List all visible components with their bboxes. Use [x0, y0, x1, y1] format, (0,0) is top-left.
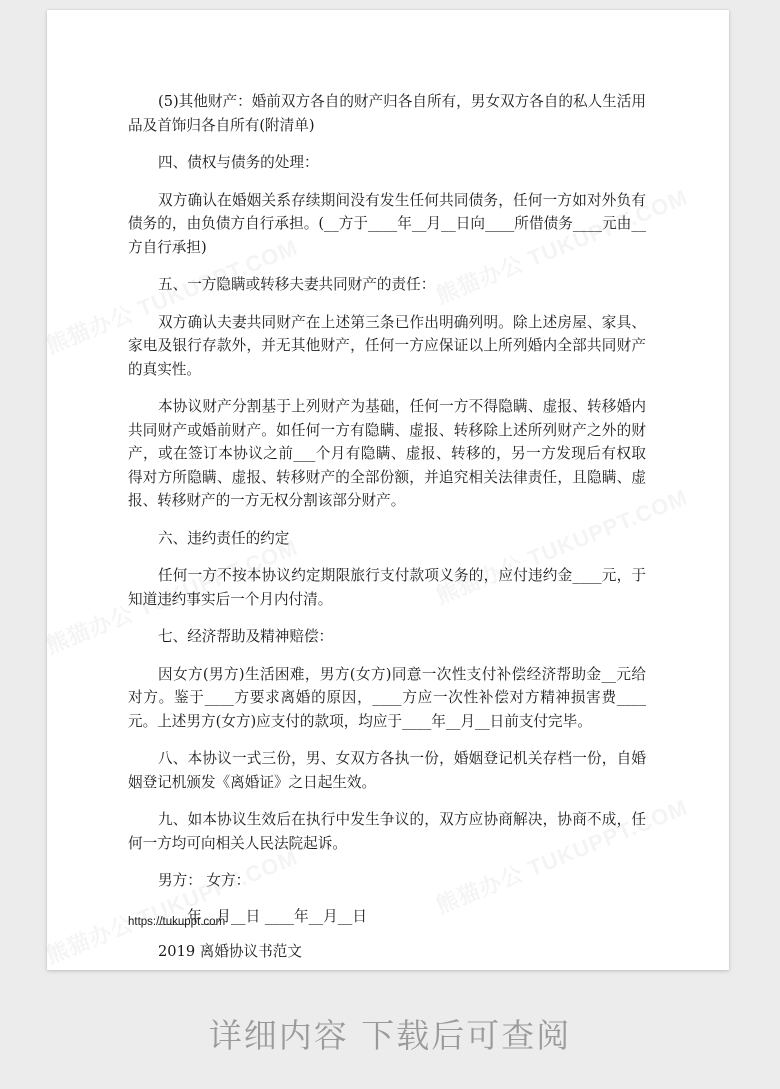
- paragraph-copies: 八、本协议一式三份，男、女双方各执一份，婚姻登记机关存档一份，自婚姻登记机颁发《…: [128, 747, 646, 794]
- heading-debts: 四、债权与债务的处理：: [128, 151, 646, 175]
- paragraph-breach: 任何一方不按本协议约定期限旅行支付款项义务的，应付违约金____元，于知道违约事…: [128, 564, 646, 611]
- footer-url: https://tukuppt.com: [128, 916, 225, 928]
- heading-breach: 六、违约责任的约定: [128, 527, 646, 551]
- paragraph-other-property: (5)其他财产：婚前双方各自的财产归各自所有，男女双方各自的私人生活用品及首饰归…: [128, 90, 646, 137]
- download-prompt: 详细内容 下载后可查阅: [0, 1010, 780, 1057]
- section-title: 2019 离婚协议书范文: [128, 940, 646, 964]
- heading-compensation: 七、经济帮助及精神赔偿：: [128, 625, 646, 649]
- paragraph-property-division: 本协议财产分割基于上列财产为基础，任何一方不得隐瞒、虚报、转移婚内共同财产或婚前…: [128, 395, 646, 513]
- paragraph-disputes: 九、如本协议生效后在执行中发生争议的，双方应协商解决，协商不成，任何一方均可向相…: [128, 808, 646, 855]
- document-body: (5)其他财产：婚前双方各自的财产归各自所有，男女双方各自的私人生活用品及首饰归…: [128, 90, 646, 970]
- signature-labels: 男方： 女方：: [128, 869, 646, 893]
- paragraph-compensation: 因女方(男方)生活困难，男方(女方)同意一次性支付补偿经济帮助金__元给对方。鉴…: [128, 663, 646, 734]
- document-page: 熊猫办公 TUKUPPT.COM 熊猫办公 TUKUPPT.COM 熊猫办公 T…: [47, 10, 729, 970]
- paragraph-joint-property: 双方确认夫妻共同财产在上述第三条已作出明确列明。除上述房屋、家具、家电及银行存款…: [128, 311, 646, 382]
- heading-concealment: 五、一方隐瞒或转移夫妻共同财产的责任：: [128, 273, 646, 297]
- paragraph-debts: 双方确认在婚姻关系存续期间没有发生任何共同债务，任何一方如对外负有债务的，由负债…: [128, 189, 646, 260]
